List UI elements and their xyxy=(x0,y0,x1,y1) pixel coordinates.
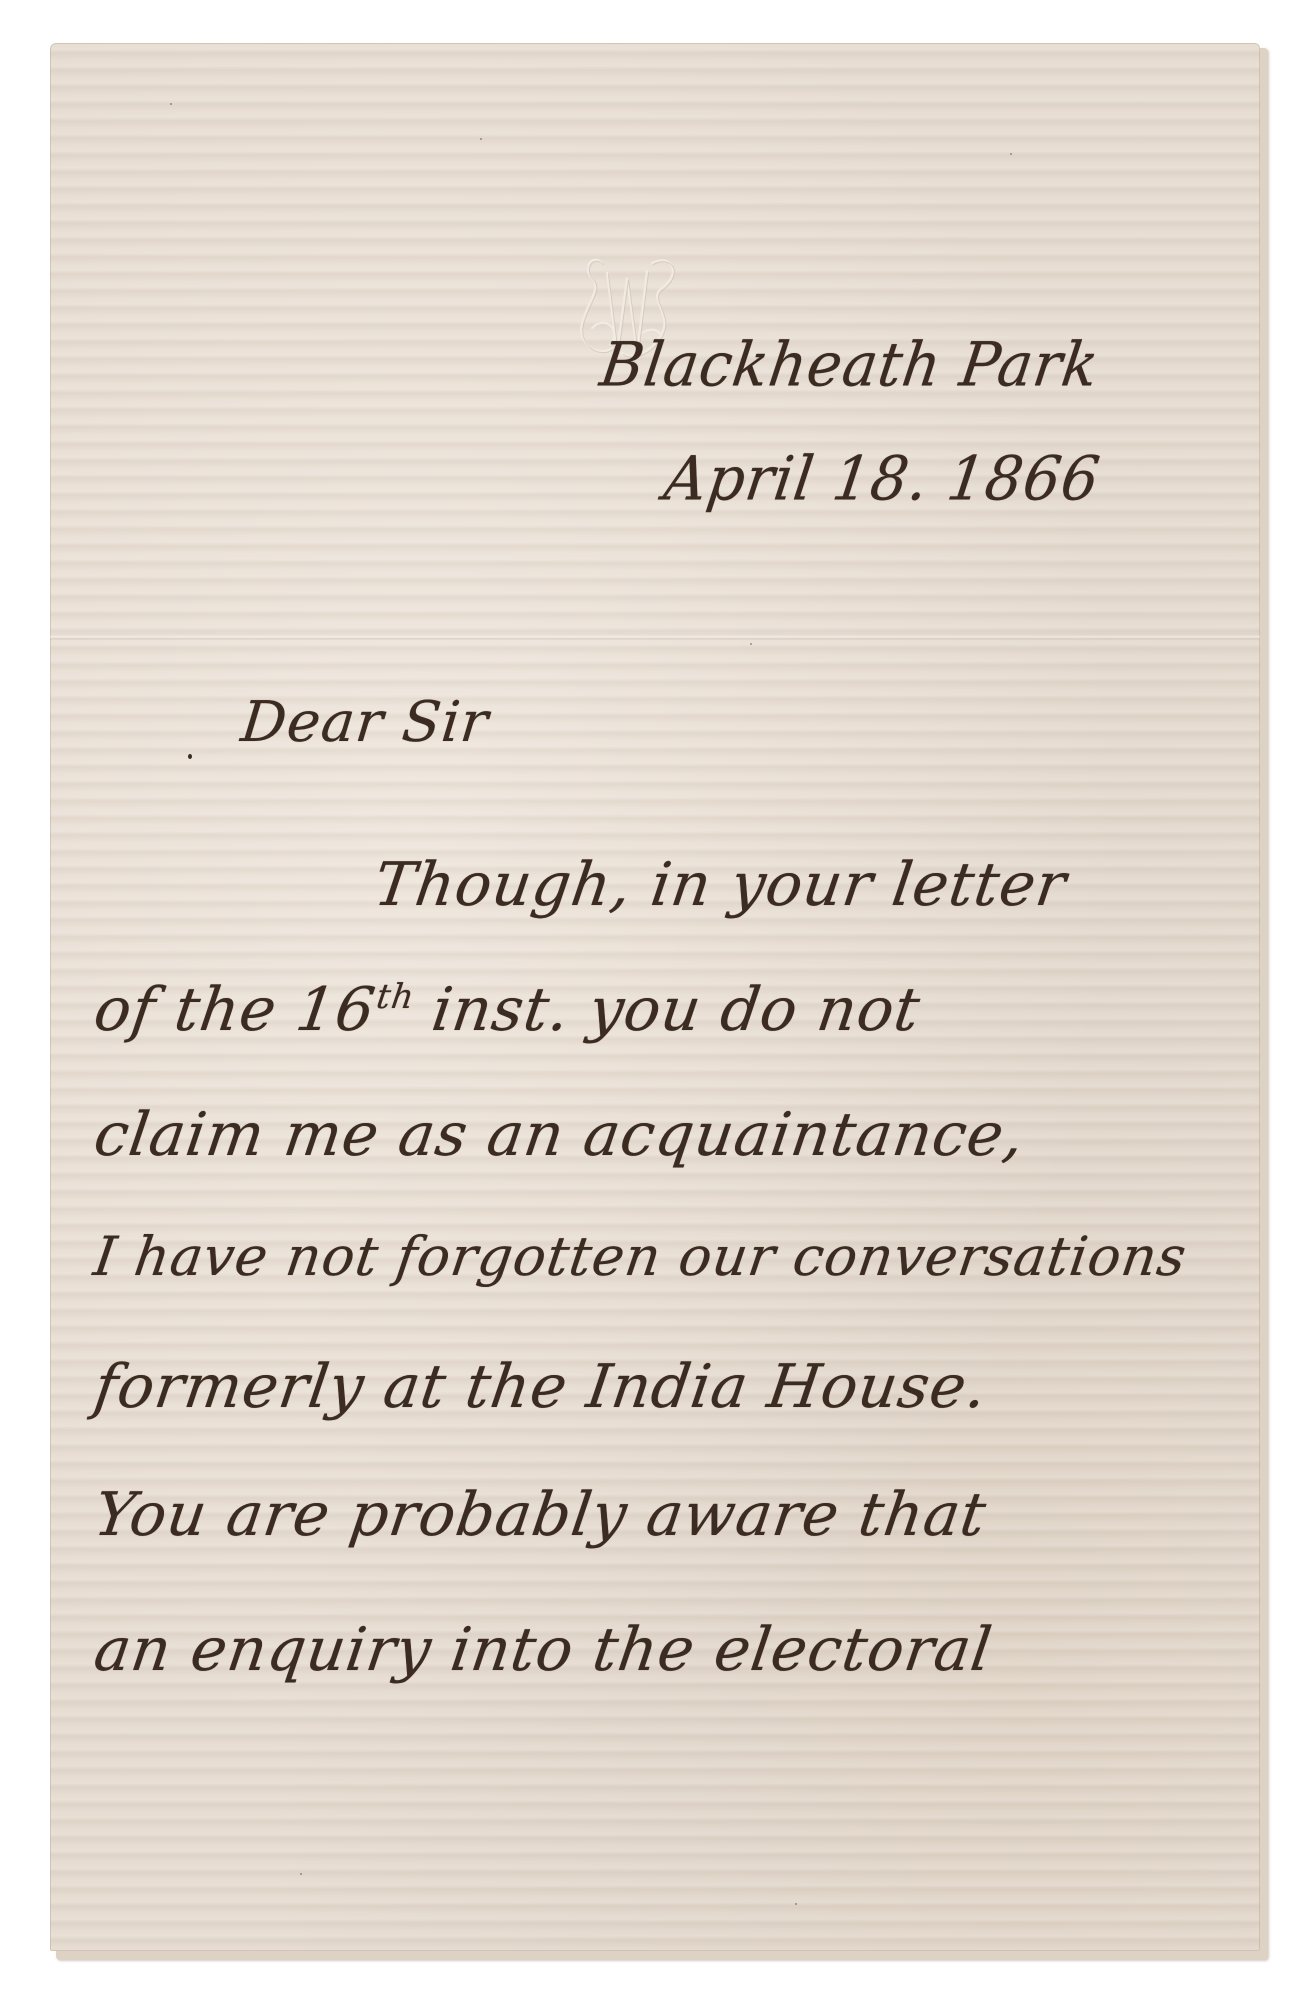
body-line-4: I have not forgotten our conversations xyxy=(90,1225,1191,1288)
body-line-2: of the 16th inst. you do not xyxy=(90,975,925,1045)
body-line-2-end: inst. you do not xyxy=(408,975,925,1045)
body-line-7: an enquiry into the electoral xyxy=(90,1615,997,1685)
salutation: Dear Sir xyxy=(238,690,492,755)
body-line-2-start: of the 16 xyxy=(90,975,380,1045)
ordinal-suffix: th xyxy=(374,977,417,1017)
body-line-6: You are probably aware that xyxy=(90,1480,991,1550)
paper-speck xyxy=(170,103,172,105)
fold-crease xyxy=(50,635,1260,640)
paper-speck xyxy=(795,1903,797,1905)
body-line-1: Though, in your letter xyxy=(370,850,1071,920)
paper-speck xyxy=(750,643,752,645)
body-line-5: formerly at the India House. xyxy=(90,1352,992,1422)
paper-speck xyxy=(480,138,482,140)
body-line-3: claim me as an acquaintance, xyxy=(90,1100,1029,1170)
sender-address: Blackheath Park xyxy=(596,329,1104,400)
paper-speck xyxy=(300,1873,302,1875)
ink-dot xyxy=(188,754,192,759)
letter-date: April 18. 1866 xyxy=(660,443,1105,514)
paper-speck xyxy=(1010,153,1012,155)
